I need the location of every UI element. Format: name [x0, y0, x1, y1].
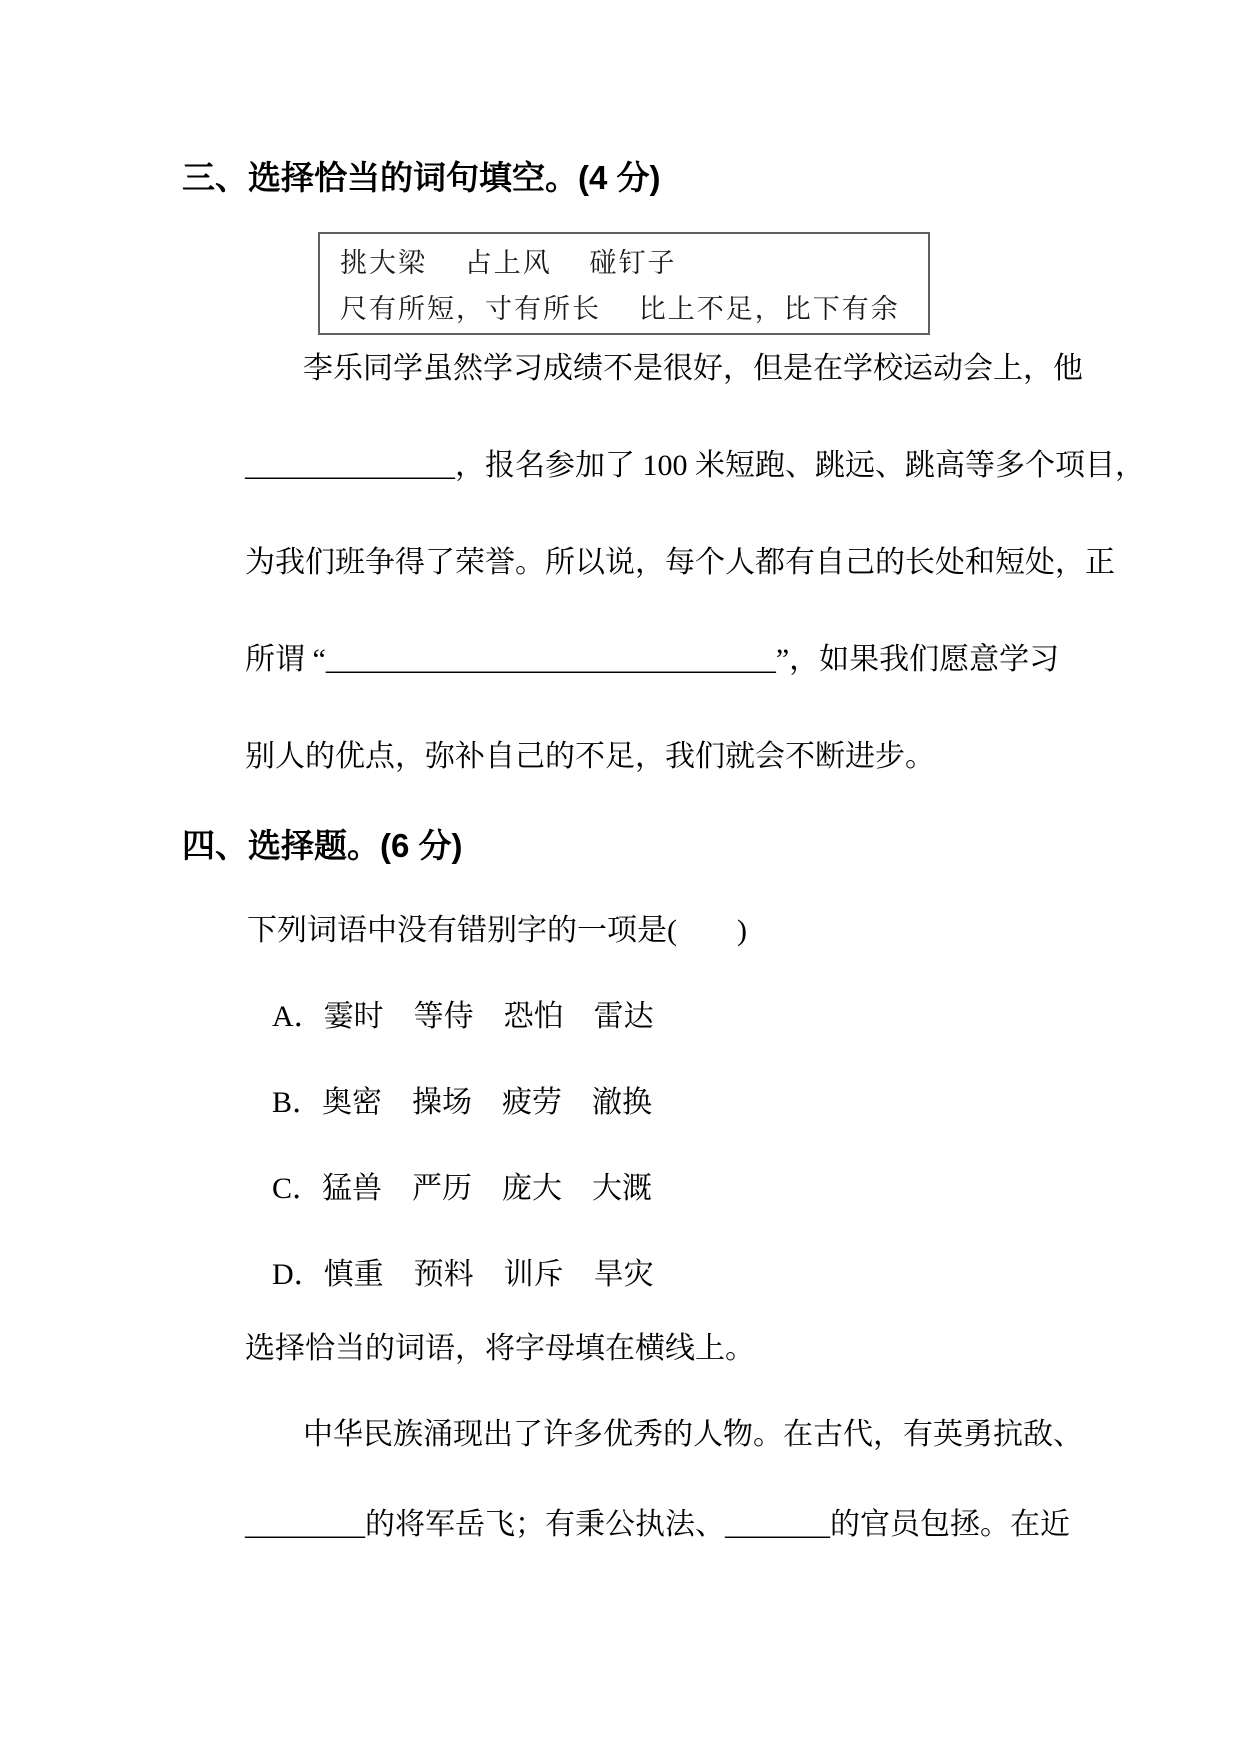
exam-paper-page: 三、选择恰当的词句填空。(4 分) 挑大梁 占上风 碰钉子 尺有所短，寸有所长 …: [0, 0, 1241, 1754]
section-three-heading: 三、选择恰当的词句填空。(4 分): [182, 158, 661, 198]
option-b: B．奥密 操场 疲劳 澈换: [272, 1084, 652, 1122]
option-a: A．霎时 等侍 恐怕 雷达: [272, 998, 654, 1036]
instruction-line: 选择恰当的词语，将字母填在横线上。: [245, 1330, 755, 1368]
option-c: C．猛兽 严历 庞大 大溉: [272, 1170, 652, 1208]
paragraph-line-with-blank: ______________，报名参加了 100 米短跑、跳远、跳高等多个项目，: [245, 447, 1145, 485]
word-bank-line-1: 挑大梁 占上风 碰钉子: [340, 246, 677, 280]
paragraph-line-with-blank: 所谓 “______________________________”，如果我们…: [245, 641, 1059, 679]
paragraph-line-with-blank: ________的将军岳飞；有秉公执法、_______的官员包拯。在近: [245, 1506, 1070, 1544]
option-d: D．慎重 预料 训斥 旱灾: [272, 1256, 654, 1294]
question-stem: 下列词语中没有错别字的一项是( ): [247, 912, 747, 950]
word-bank-line-2: 尺有所短，寸有所长 比上不足，比下有余: [340, 292, 900, 326]
paragraph-line: 别人的优点，弥补自己的不足，我们就会不断进步。: [245, 738, 935, 776]
paragraph-line: 中华民族涌现出了许多优秀的人物。在古代，有英勇抗敌、: [303, 1416, 1083, 1454]
paragraph-line: 李乐同学虽然学习成绩不是很好，但是在学校运动会上，他: [303, 350, 1083, 388]
paragraph-line: 为我们班争得了荣誉。所以说，每个人都有自己的长处和短处，正: [245, 544, 1115, 582]
word-bank-box: 挑大梁 占上风 碰钉子 尺有所短，寸有所长 比上不足，比下有余: [318, 232, 930, 335]
section-four-heading: 四、选择题。(6 分): [182, 826, 463, 866]
